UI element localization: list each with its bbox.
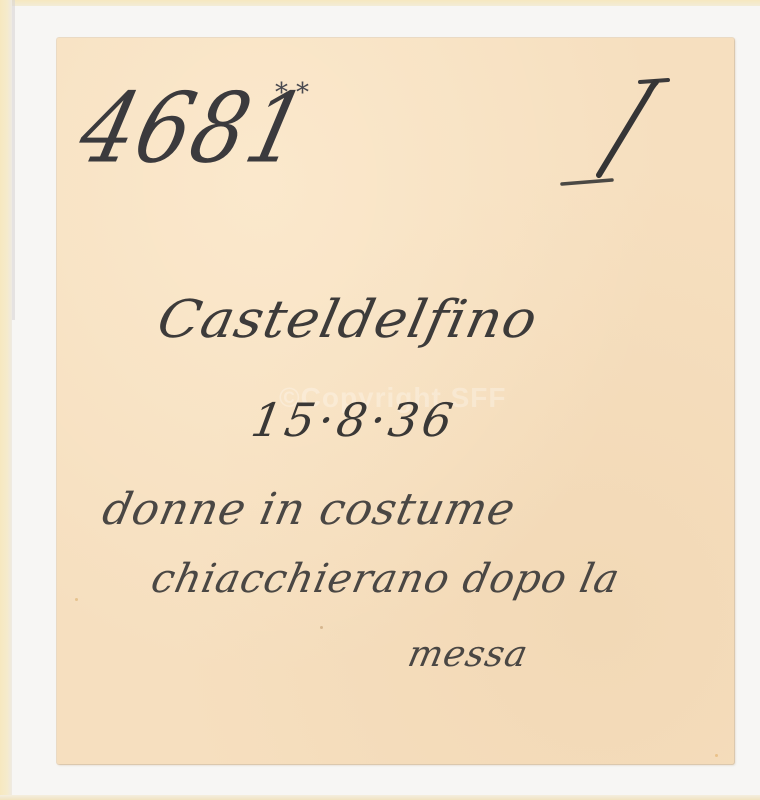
scanned-document: 4681 ** I Casteldelfino ©Copyright SFF 1… <box>0 0 760 800</box>
paper-speck <box>320 626 323 629</box>
caption-line-2: chiacchierano dopo la <box>147 556 624 602</box>
date: 15·8·36 <box>247 393 460 447</box>
paper-speck <box>715 754 718 757</box>
caption-line-1: donne in costume <box>98 484 520 535</box>
mat-shadow <box>12 0 15 320</box>
catalog-star-marks: ** <box>275 78 317 108</box>
mat-edge-top <box>0 0 760 6</box>
paper-speck <box>75 598 78 601</box>
index-card: 4681 ** I Casteldelfino ©Copyright SFF 1… <box>57 38 734 764</box>
place-name: Casteldelfino <box>152 290 543 350</box>
volume-mark-roman-one: I <box>552 68 677 193</box>
mat-edge-left <box>0 0 12 800</box>
mat-edge-bottom <box>0 795 760 800</box>
caption-line-3: messa <box>404 634 532 675</box>
